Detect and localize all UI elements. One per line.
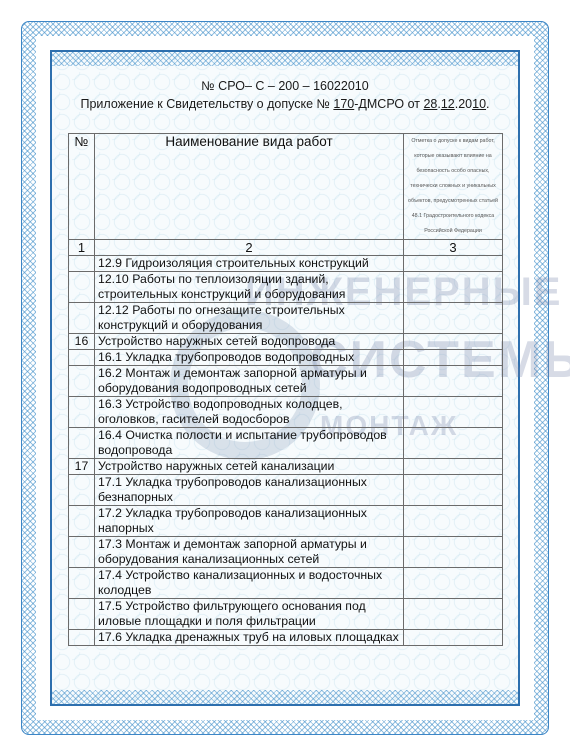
row-admission-mark xyxy=(404,599,503,630)
table-row: 17.2 Укладка трубопроводов канализационн… xyxy=(69,506,503,537)
row-work-name: Устройство наружных сетей водопровода xyxy=(95,334,404,350)
column-index-2: 2 xyxy=(95,240,404,256)
row-number xyxy=(69,303,95,334)
row-work-name: 17.4 Устройство канализационных и водост… xyxy=(95,568,404,599)
row-admission-mark xyxy=(404,428,503,459)
table-row: 16.3 Устройство водопроводных колодцев, … xyxy=(69,397,503,428)
registry-number: № СРО– С – 200 – 16022010 xyxy=(0,79,570,93)
table-row: 16.2 Монтаж и демонтаж запорной арматуры… xyxy=(69,366,503,397)
table-row: 12.10 Работы по теплоизоляции зданий, ст… xyxy=(69,272,503,303)
table-header-row: № Наименование вида работ Отметка о допу… xyxy=(69,134,503,240)
date-year-prefix: .20 xyxy=(455,97,472,111)
row-admission-mark xyxy=(404,475,503,506)
row-number: 17 xyxy=(69,459,95,475)
row-number xyxy=(69,599,95,630)
row-work-name: 16.1 Укладка трубопроводов водопроводных xyxy=(95,350,404,366)
table-row: 17Устройство наружных сетей канализации xyxy=(69,459,503,475)
header-work-name: Наименование вида работ xyxy=(95,134,404,240)
table-row: 17.1 Укладка трубопроводов канализационн… xyxy=(69,475,503,506)
appendix-prefix: Приложение к Свидетельству о допуске № xyxy=(80,97,333,111)
row-work-name: 16.4 Очистка полости и испытание трубопр… xyxy=(95,428,404,459)
header-admission-note: Отметка о допуске к видам работ, которые… xyxy=(404,134,503,240)
date-day: 28 xyxy=(423,97,437,111)
appendix-line: Приложение к Свидетельству о допуске № 1… xyxy=(0,97,570,111)
works-table: № Наименование вида работ Отметка о допу… xyxy=(68,133,503,646)
row-number xyxy=(69,568,95,599)
row-number xyxy=(69,256,95,272)
column-index-1: 1 xyxy=(69,240,95,256)
row-work-name: 12.10 Работы по теплоизоляции зданий, ст… xyxy=(95,272,404,303)
table-row: 17.5 Устройство фильтрующего основания п… xyxy=(69,599,503,630)
column-index-3: 3 xyxy=(404,240,503,256)
table-row: 16.1 Укладка трубопроводов водопроводных xyxy=(69,350,503,366)
guilloche-inner-top-band xyxy=(52,52,518,66)
row-work-name: 17.3 Монтаж и демонтаж запорной арматуры… xyxy=(95,537,404,568)
row-number xyxy=(69,350,95,366)
table-row: 12.12 Работы по огнезащите строительных … xyxy=(69,303,503,334)
row-admission-mark xyxy=(404,630,503,646)
table-row: 16.4 Очистка полости и испытание трубопр… xyxy=(69,428,503,459)
row-work-name: 16.3 Устройство водопроводных колодцев, … xyxy=(95,397,404,428)
row-admission-mark xyxy=(404,397,503,428)
date-month: 12 xyxy=(441,97,455,111)
row-number xyxy=(69,272,95,303)
certificate-org: -ДМСРО от xyxy=(354,97,423,111)
appendix-end: . xyxy=(486,97,489,111)
row-number xyxy=(69,537,95,568)
row-work-name: 17.5 Устройство фильтрующего основания п… xyxy=(95,599,404,630)
row-admission-mark xyxy=(404,366,503,397)
row-work-name: Устройство наружных сетей канализации xyxy=(95,459,404,475)
row-work-name: 17.2 Укладка трубопроводов канализационн… xyxy=(95,506,404,537)
guilloche-inner-bottom-band xyxy=(52,690,518,704)
certificate-number: 170 xyxy=(333,97,354,111)
row-admission-mark xyxy=(404,350,503,366)
row-work-name: 16.2 Монтаж и демонтаж запорной арматуры… xyxy=(95,366,404,397)
row-number xyxy=(69,366,95,397)
row-work-name: 12.12 Работы по огнезащите строительных … xyxy=(95,303,404,334)
table-row: 17.4 Устройство канализационных и водост… xyxy=(69,568,503,599)
row-work-name: 12.9 Гидроизоляция строительных конструк… xyxy=(95,256,404,272)
row-work-name: 17.6 Укладка дренажных труб на иловых пл… xyxy=(95,630,404,646)
row-admission-mark xyxy=(404,272,503,303)
row-admission-mark xyxy=(404,256,503,272)
row-admission-mark xyxy=(404,459,503,475)
row-work-name: 17.1 Укладка трубопроводов канализационн… xyxy=(95,475,404,506)
date-year-suffix: 10 xyxy=(472,97,486,111)
row-number xyxy=(69,506,95,537)
table-row: 16Устройство наружных сетей водопровода xyxy=(69,334,503,350)
row-number xyxy=(69,630,95,646)
row-number xyxy=(69,428,95,459)
row-number xyxy=(69,475,95,506)
row-admission-mark xyxy=(404,537,503,568)
row-admission-mark xyxy=(404,568,503,599)
table-row: 17.3 Монтаж и демонтаж запорной арматуры… xyxy=(69,537,503,568)
table-row: 17.6 Укладка дренажных труб на иловых пл… xyxy=(69,630,503,646)
row-number: 16 xyxy=(69,334,95,350)
row-admission-mark xyxy=(404,303,503,334)
row-admission-mark xyxy=(404,506,503,537)
header-number: № xyxy=(69,134,95,240)
row-admission-mark xyxy=(404,334,503,350)
row-number xyxy=(69,397,95,428)
column-index-row: 1 2 3 xyxy=(69,240,503,256)
table-row: 12.9 Гидроизоляция строительных конструк… xyxy=(69,256,503,272)
